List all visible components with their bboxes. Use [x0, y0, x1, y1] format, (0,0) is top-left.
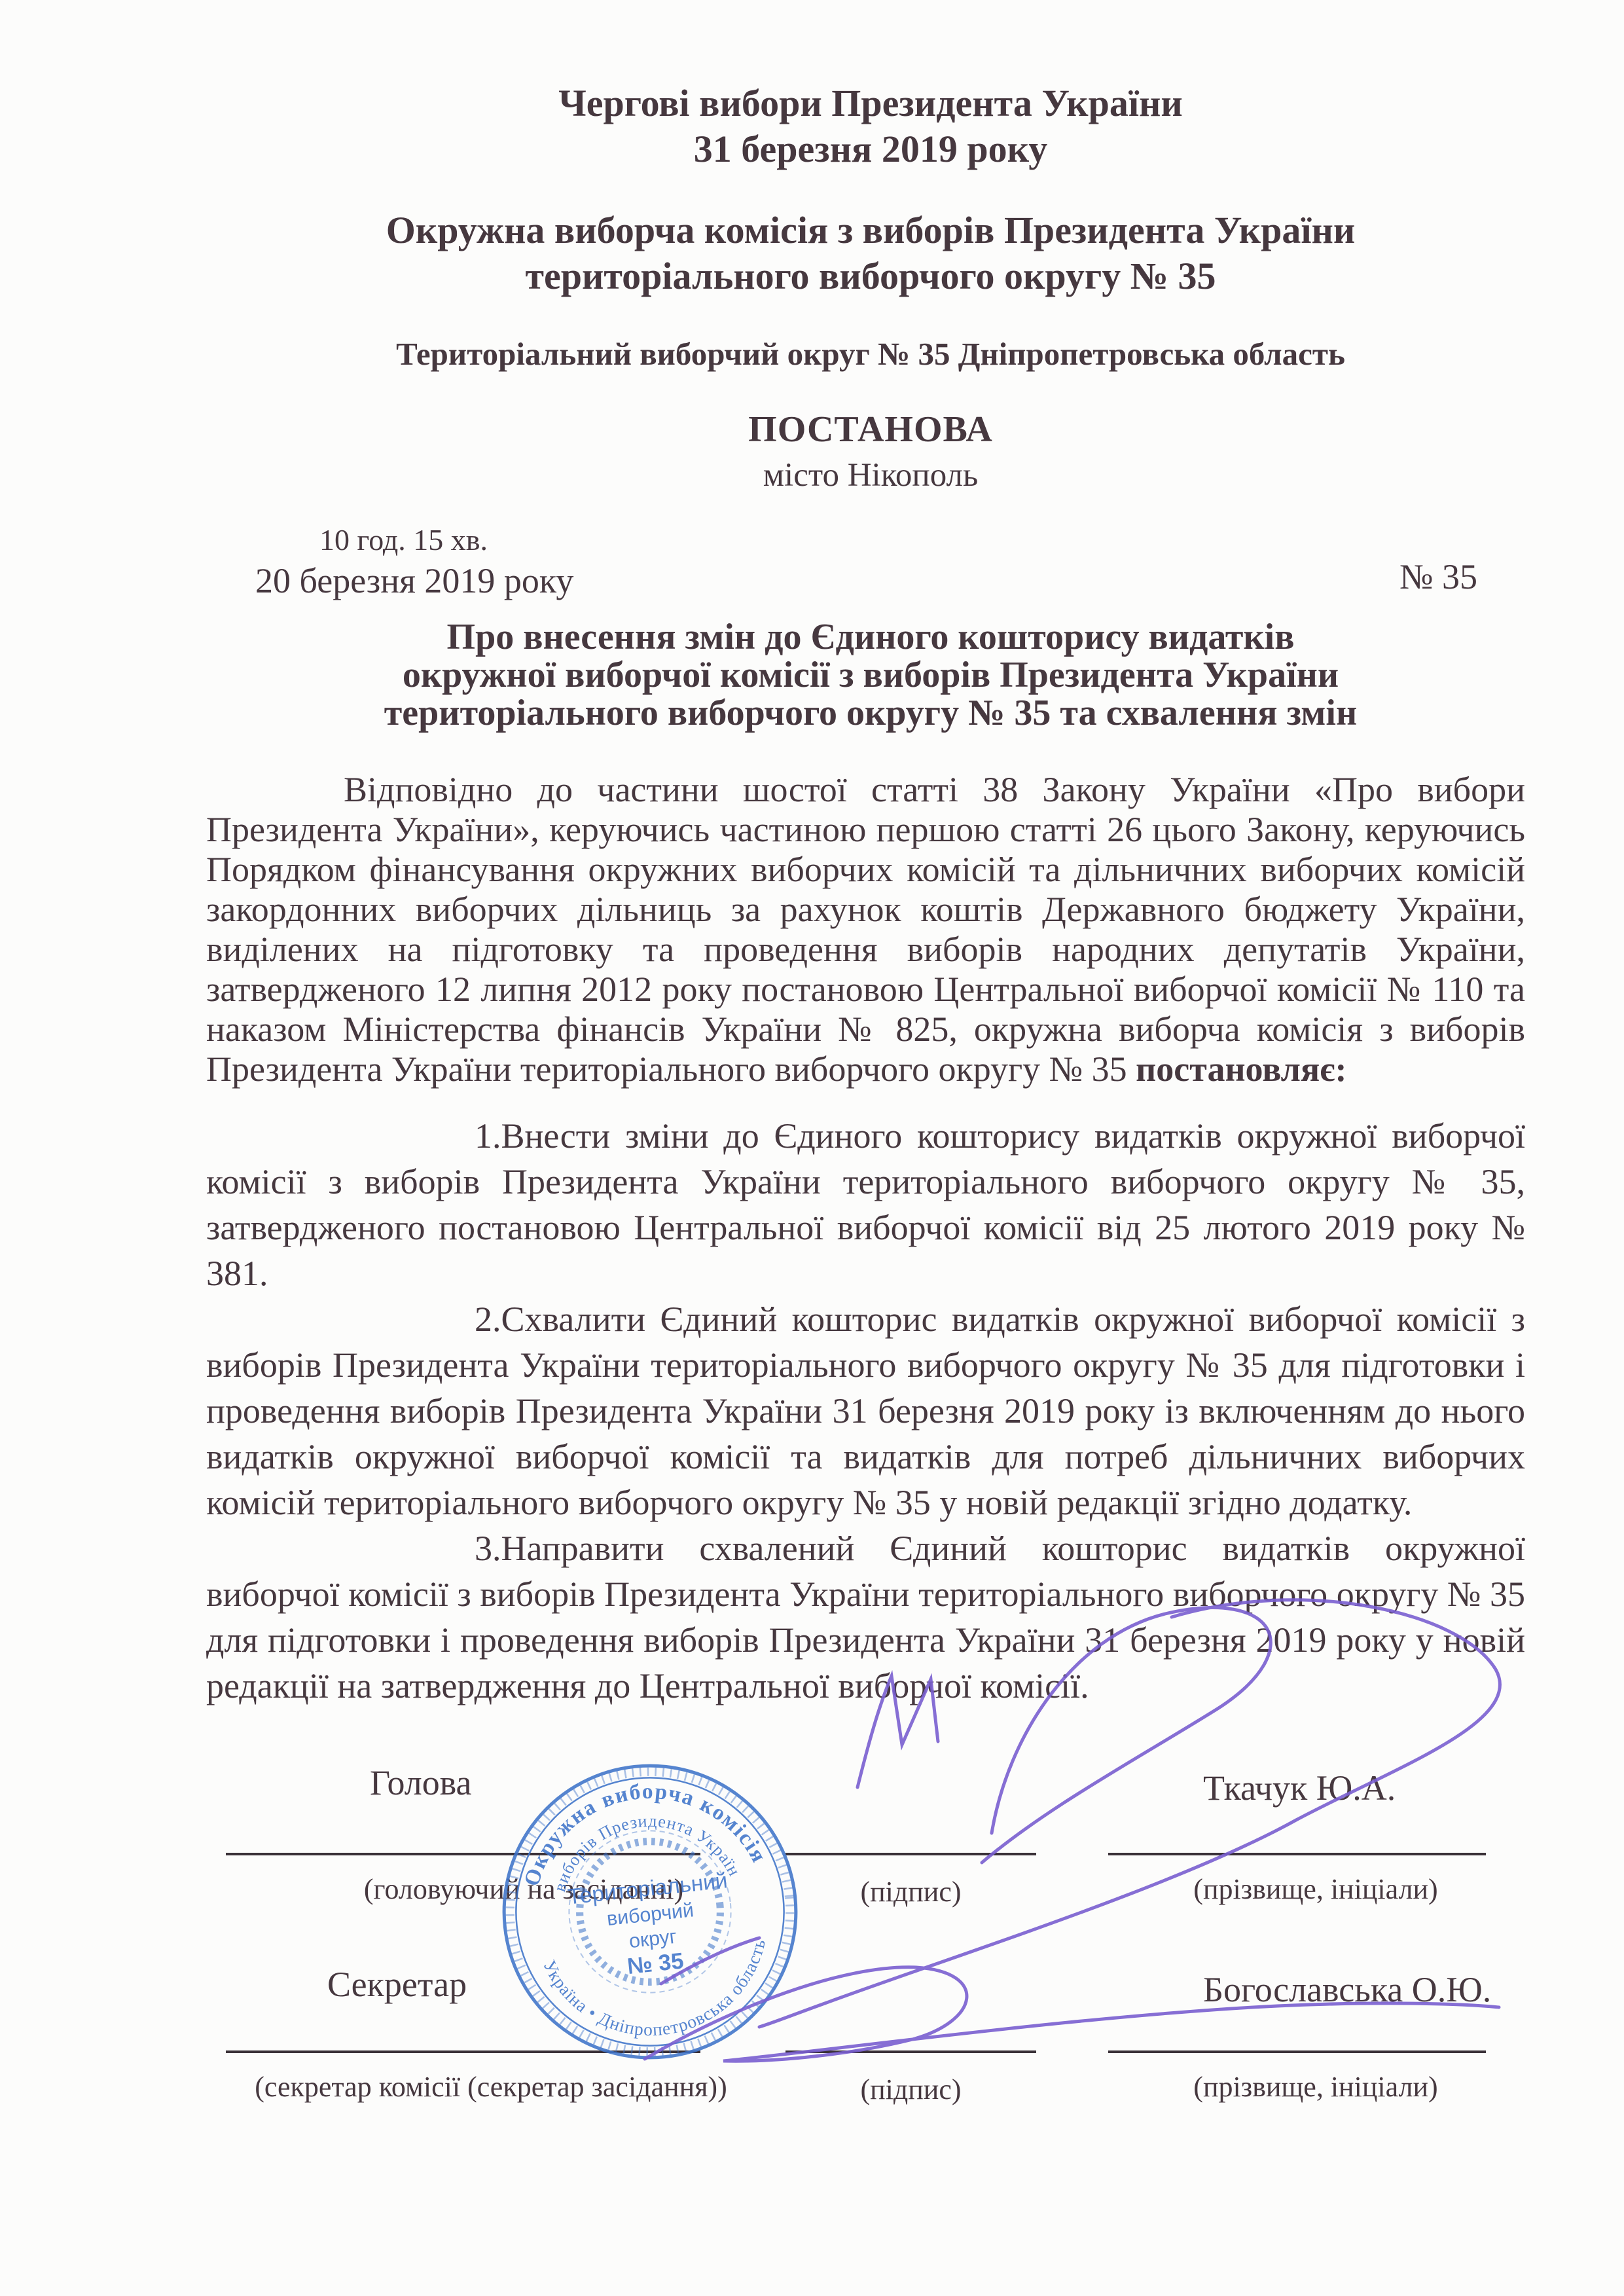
subject-title-line1: Про внесення змін до Єдиного кошторису в…	[206, 618, 1535, 656]
signature-role-note-2: (секретар комісії (секретар засідання))	[229, 2070, 753, 2104]
doc-type-heading: ПОСТАНОВА	[206, 410, 1535, 449]
item-3-number: 3.	[340, 1525, 501, 1571]
signature-role-2: Секретар	[327, 1964, 467, 2005]
signature-name-note-2: (прізвище, ініціали)	[1126, 2070, 1506, 2104]
item-1-number: 1.	[340, 1113, 501, 1159]
scanned-document-page: Чергові вибори Президента України 31 бер…	[0, 0, 1624, 2296]
commission-title-line2: територіального виборчого округу № 35	[206, 255, 1535, 297]
doc-time: 10 год. 15 хв.	[319, 522, 488, 557]
commission-title-line1: Окружна виборча комісія з виборів Презид…	[206, 210, 1535, 251]
signature-sign-note-1: (підпис)	[785, 1875, 1036, 1908]
subject-title-line3: територіального виборчого округу № 35 та…	[206, 694, 1535, 732]
doc-date: 20 березня 2019 року	[255, 560, 573, 601]
resolution-items: 1.Внести зміни до Єдиного кошторису вида…	[206, 1113, 1525, 1709]
signature-sign-note-2: (підпис)	[785, 2073, 1036, 2106]
signature-name-note-1: (прізвище, ініціали)	[1126, 1872, 1506, 1906]
signature-name-1: Ткачук Ю.А.	[1203, 1768, 1396, 1808]
item-2-number: 2.	[340, 1296, 501, 1342]
stamp-center-line3: округ	[628, 1925, 677, 1952]
signature-line-1b	[785, 1853, 1036, 1855]
signature-line-2b	[785, 2050, 1036, 2053]
territory-line: Територіальний виборчий округ № 35 Дніпр…	[206, 337, 1535, 372]
signature-role-1: Голова	[370, 1762, 471, 1803]
doc-city: місто Нікополь	[206, 457, 1535, 494]
intro-text: Відповідно до частини шостої статті 38 З…	[206, 770, 1525, 1089]
item-1: 1.Внести зміни до Єдиного кошторису вида…	[206, 1113, 1525, 1296]
election-title-line2: 31 березня 2019 року	[206, 128, 1535, 170]
subject-title-line2: окружної виборчої комісії з виборів През…	[206, 656, 1535, 694]
signature-line-2c	[1108, 2050, 1486, 2053]
intro-paragraph: Відповідно до частини шостої статті 38 З…	[206, 770, 1525, 1089]
intro-text-bold: постановляє:	[1136, 1049, 1346, 1089]
subject-title: Про внесення змін до Єдиного кошторису в…	[206, 618, 1535, 732]
signature-name-2: Богославська О.Ю.	[1203, 1969, 1491, 2010]
signature-line-1c	[1108, 1853, 1486, 1855]
doc-number: № 35	[1399, 556, 1477, 597]
round-stamp: Окружна виборча комісія з виборів Презид…	[480, 1740, 820, 2084]
stamp-center-line4: № 35	[626, 1948, 685, 1979]
item-3: 3.Направити схвалений Єдиний кошторис ви…	[206, 1525, 1525, 1709]
item-2: 2.Схвалити Єдиний кошторис видатків окру…	[206, 1296, 1525, 1525]
election-title-line1: Чергові вибори Президента України	[206, 82, 1535, 124]
